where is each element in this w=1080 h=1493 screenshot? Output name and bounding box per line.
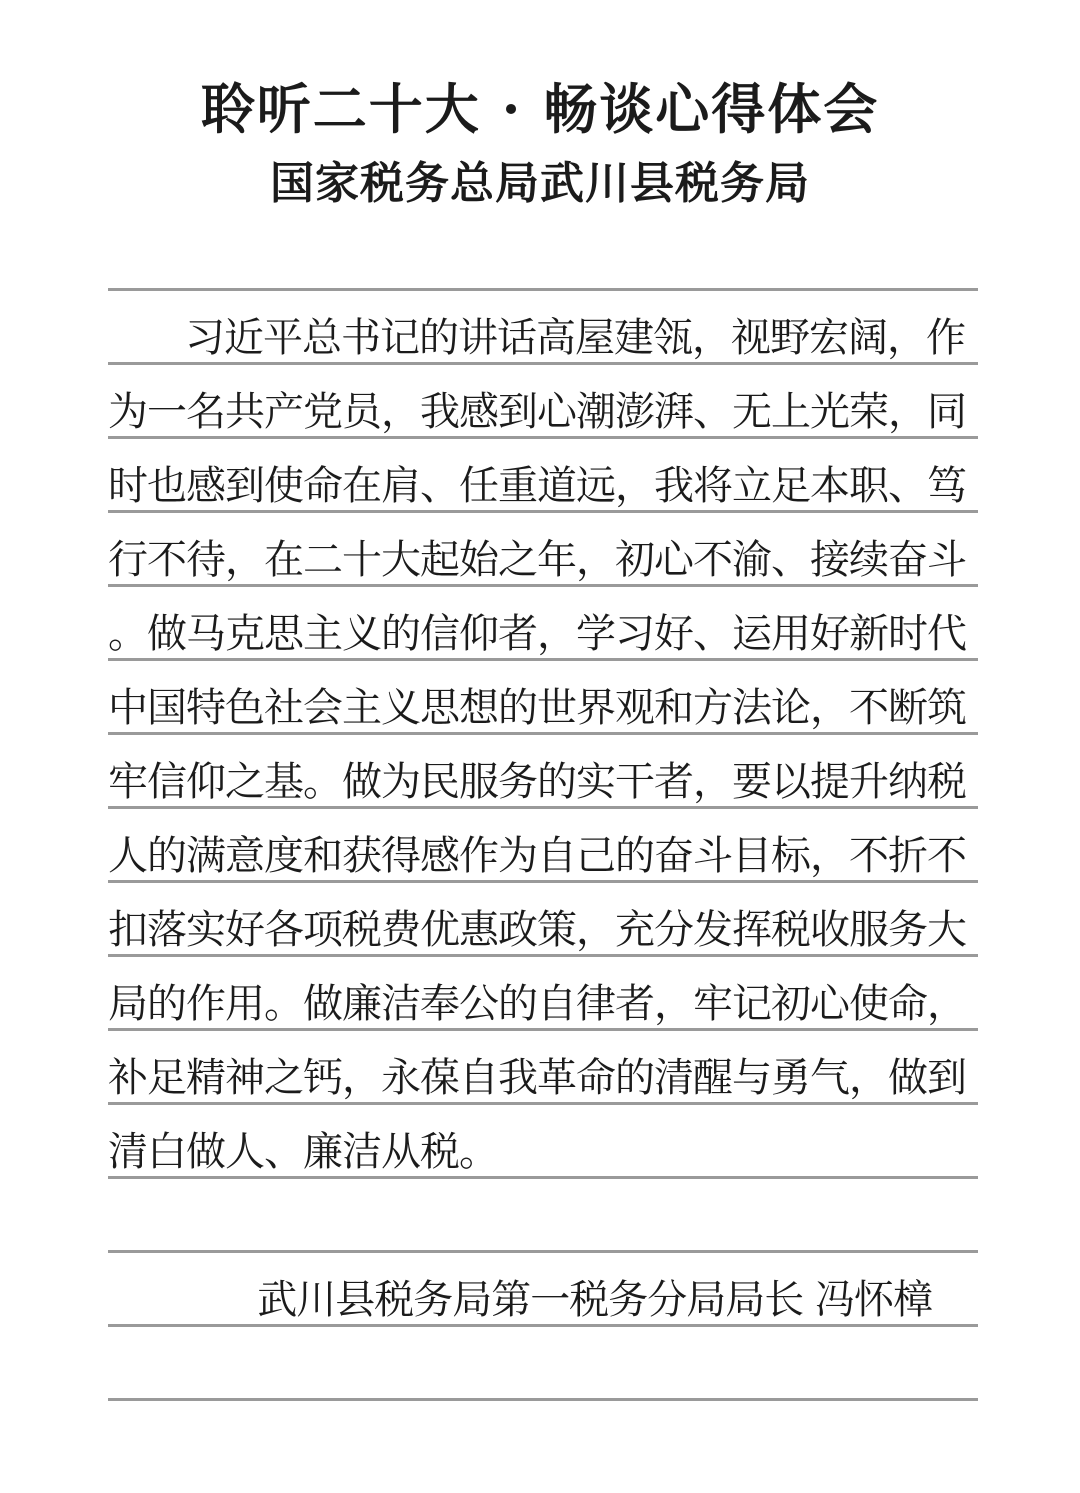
body-line-6: 中国特色社会主义思想的世界观和方法论，不断筑 bbox=[108, 661, 978, 735]
signature-line: 武川县税务局第一税务分局局长 冯怀樟 bbox=[108, 1253, 978, 1327]
body-line-6-text: 中国特色社会主义思想的世界观和方法论，不断筑 bbox=[108, 687, 966, 729]
body-line-9-text: 扣落实好各项税费优惠政策，充分发挥税收服务大 bbox=[108, 909, 966, 951]
body-line-7: 牢信仰之基。做为民服务的实干者，要以提升纳税 bbox=[108, 735, 978, 809]
body-line-10-text: 局的作用。做廉洁奉公的自律者，牢记初心使命， bbox=[108, 983, 966, 1025]
body-line-8: 人的满意度和获得感作为自己的奋斗目标，不折不 bbox=[108, 809, 978, 883]
body-line-2: 为一名共产党员，我感到心潮澎湃、无上光荣，同 bbox=[108, 365, 978, 439]
body-line-4-text: 行不待，在二十大起始之年，初心不渝、接续奋斗 bbox=[108, 539, 966, 581]
document-title: 聆听二十大 · 畅谈心得体会 bbox=[0, 80, 1080, 139]
document-page: 聆听二十大 · 畅谈心得体会 国家税务总局武川县税务局 习近平总书记的讲话高屋建… bbox=[0, 0, 1080, 1493]
body-line-12-text: 清白做人、廉洁从税。 bbox=[108, 1131, 498, 1173]
body-line-11-text: 补足精神之钙，永葆自我革命的清醒与勇气，做到 bbox=[108, 1057, 966, 1099]
body-line-10: 局的作用。做廉洁奉公的自律者，牢记初心使命， bbox=[108, 957, 978, 1031]
body-line-5-text: 。做马克思主义的信仰者，学习好、运用好新时代 bbox=[108, 613, 966, 655]
ruled-sheet: 习近平总书记的讲话高屋建瓴，视野宏阔，作 为一名共产党员，我感到心潮澎湃、无上光… bbox=[108, 288, 978, 1401]
body-line-9: 扣落实好各项税费优惠政策，充分发挥税收服务大 bbox=[108, 883, 978, 957]
body-line-2-text: 为一名共产党员，我感到心潮澎湃、无上光荣，同 bbox=[108, 391, 966, 433]
body-line-7-text: 牢信仰之基。做为民服务的实干者，要以提升纳税 bbox=[108, 761, 966, 803]
empty-line-2 bbox=[108, 1327, 978, 1401]
document-subtitle: 国家税务总局武川县税务局 bbox=[0, 160, 1080, 208]
body-line-3: 时也感到使命在肩、任重道远，我将立足本职、笃 bbox=[108, 439, 978, 513]
body-line-1-text: 习近平总书记的讲话高屋建瓴，视野宏阔，作 bbox=[108, 317, 965, 359]
body-line-12: 清白做人、廉洁从税。 bbox=[108, 1105, 978, 1179]
body-line-11: 补足精神之钙，永葆自我革命的清醒与勇气，做到 bbox=[108, 1031, 978, 1105]
body-line-1: 习近平总书记的讲话高屋建瓴，视野宏阔，作 bbox=[108, 291, 978, 365]
signature-text: 武川县税务局第一税务分局局长 冯怀樟 bbox=[257, 1279, 932, 1321]
empty-line-1 bbox=[108, 1179, 978, 1253]
body-line-3-text: 时也感到使命在肩、任重道远，我将立足本职、笃 bbox=[108, 465, 966, 507]
body-line-8-text: 人的满意度和获得感作为自己的奋斗目标，不折不 bbox=[108, 835, 966, 877]
body-line-4: 行不待，在二十大起始之年，初心不渝、接续奋斗 bbox=[108, 513, 978, 587]
body-line-5: 。做马克思主义的信仰者，学习好、运用好新时代 bbox=[108, 587, 978, 661]
